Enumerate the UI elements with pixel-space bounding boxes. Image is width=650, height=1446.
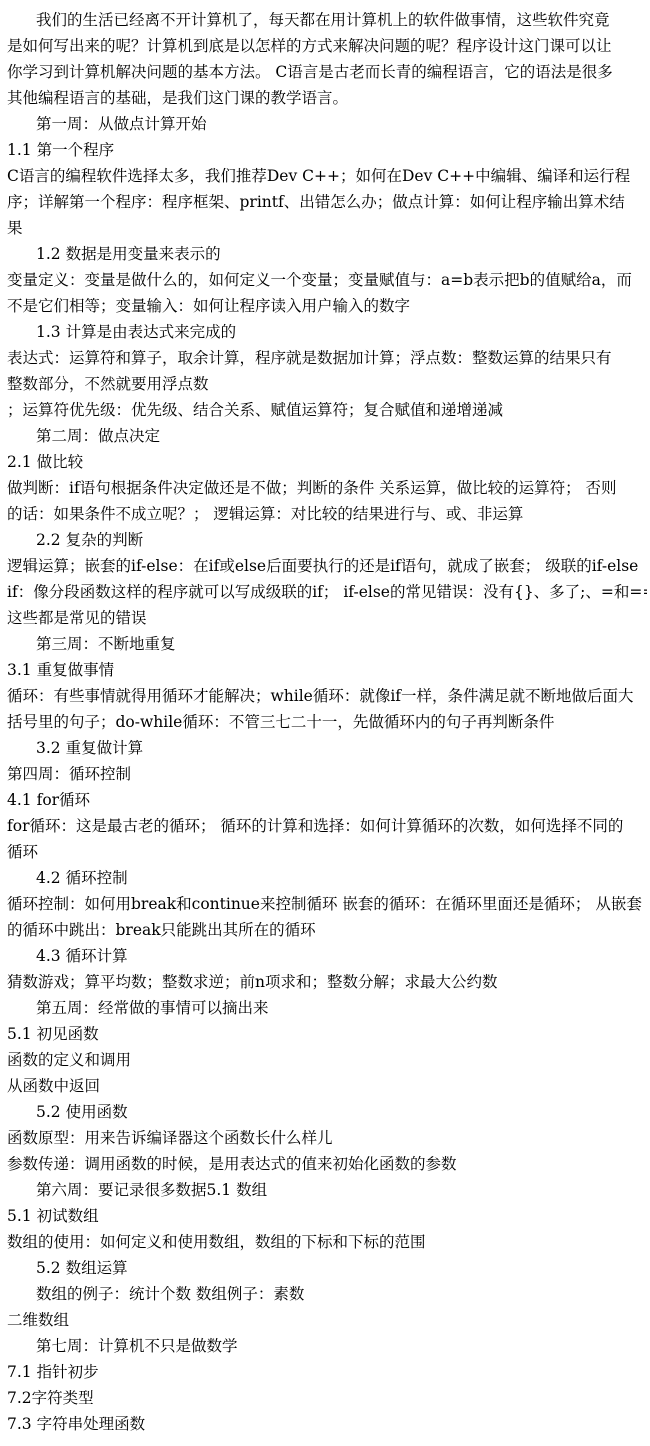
section-heading: 7.3 字符串处理函数 (7, 1411, 647, 1437)
section-heading: 3.2 重复做计算 (7, 735, 650, 761)
section-text: 做判断：if语句根据条件决定做还是不做；判断的条件 关系运算，做比较的运算符； … (7, 475, 647, 501)
section-heading: 1.1 第一个程序 (7, 137, 647, 163)
section-text: 这些都是常见的错误 (7, 605, 647, 631)
section-heading: 2.2 复杂的判断 (7, 527, 650, 553)
intro-paragraph-line: 我们的生活已经离不开计算机了，每天都在用计算机上的软件做事情，这些软件究竟 (7, 7, 650, 33)
section-heading: 5.2 使用函数 (7, 1099, 650, 1125)
section-text: 不是它们相等；变量输入：如何让程序读入用户输入的数字 (7, 293, 647, 319)
week-heading: 第四周：循环控制 (7, 761, 647, 787)
intro-paragraph-line: 你学习到计算机解决问题的基本方法。 C语言是古老而长青的编程语言，它的语法是很多 (7, 59, 647, 85)
section-heading: 4.1 for循环 (7, 787, 647, 813)
section-text: 括号里的句子；do-while循环：不管三七二十一，先做循环内的句子再判断条件 (7, 709, 647, 735)
section-text: 数组的使用：如何定义和使用数组，数组的下标和下标的范围 (7, 1229, 647, 1255)
week-heading: 第二周：做点决定 (7, 423, 650, 449)
intro-paragraph-line: 其他编程语言的基础，是我们这门课的教学语言。 (7, 85, 647, 111)
section-text: 函数的定义和调用 (7, 1047, 647, 1073)
section-text: 猜数游戏；算平均数；整数求逆；前n项求和；整数分解；求最大公约数 (7, 969, 647, 995)
section-text: 参数传递：调用函数的时候，是用表达式的值来初始化函数的参数 (7, 1151, 647, 1177)
week-heading: 第五周：经常做的事情可以摘出来 (7, 995, 650, 1021)
section-text: 循环：有些事情就得用循环才能解决；while循环：就像if一样，条件满足就不断地… (7, 683, 647, 709)
section-text: C语言的编程软件选择太多，我们推荐Dev C++；如何在Dev C++中编辑、编… (7, 163, 647, 189)
section-text: 循环 (7, 839, 647, 865)
section-heading: 5.1 初见函数 (7, 1021, 647, 1047)
week-heading: 第六周：要记录很多数据5.1 数组 (7, 1177, 650, 1203)
week-heading: 第一周：从做点计算开始 (7, 111, 650, 137)
section-text: 逻辑运算；嵌套的if-else：在if或else后面要执行的还是if语句，就成了… (7, 553, 647, 579)
section-heading: 7.2字符类型 (7, 1385, 647, 1411)
section-text: for循环：这是最古老的循环； 循环的计算和选择：如何计算循环的次数，如何选择不… (7, 813, 647, 839)
section-text: 表达式：运算符和算子，取余计算，程序就是数据加计算；浮点数：整数运算的结果只有 (7, 345, 647, 371)
section-heading: 5.1 初试数组 (7, 1203, 647, 1229)
week-heading: 第七周：计算机不只是做数学 (7, 1333, 650, 1359)
section-text: 二维数组 (7, 1307, 647, 1333)
week-heading: 第三周：不断地重复 (7, 631, 650, 657)
section-text: 整数部分，不然就要用浮点数 (7, 371, 647, 397)
section-heading: 2.1 做比较 (7, 449, 647, 475)
document-body: 我们的生活已经离不开计算机了，每天都在用计算机上的软件做事情，这些软件究竟 是如… (0, 0, 650, 1437)
section-heading: 4.2 循环控制 (7, 865, 650, 891)
section-text: 循环控制：如何用break和continue来控制循环 嵌套的循环：在循环里面还… (7, 891, 647, 917)
section-heading: 5.2 数组运算 (7, 1255, 650, 1281)
section-text: 的话：如果条件不成立呢？； 逻辑运算：对比较的结果进行与、或、非运算 (7, 501, 647, 527)
section-heading: 1.2 数据是用变量来表示的 (7, 241, 650, 267)
section-text: ；运算符优先级：优先级、结合关系、赋值运算符；复合赋值和递增递减 (7, 397, 647, 423)
section-heading: 1.3 计算是由表达式来完成的 (7, 319, 650, 345)
section-text: 函数原型：用来告诉编译器这个函数长什么样儿 (7, 1125, 647, 1151)
section-text: 数组的例子：统计个数 数组例子：素数 (7, 1281, 650, 1307)
section-heading: 4.3 循环计算 (7, 943, 650, 969)
section-text: 的循环中跳出：break只能跳出其所在的循环 (7, 917, 647, 943)
section-heading: 3.1 重复做事情 (7, 657, 647, 683)
section-text: 序；详解第一个程序：程序框架、printf、出错怎么办；做点计算：如何让程序输出… (7, 189, 647, 215)
section-text: 果 (7, 215, 647, 241)
intro-paragraph-line: 是如何写出来的呢？计算机到底是以怎样的方式来解决问题的呢？程序设计这门课可以让 (7, 33, 647, 59)
section-text: 从函数中返回 (7, 1073, 647, 1099)
section-text: 变量定义：变量是做什么的，如何定义一个变量；变量赋值与：a=b表示把b的值赋给a… (7, 267, 647, 293)
section-heading: 7.1 指针初步 (7, 1359, 647, 1385)
section-text: if：像分段函数这样的程序就可以写成级联的if； if-else的常见错误：没有… (7, 579, 647, 605)
